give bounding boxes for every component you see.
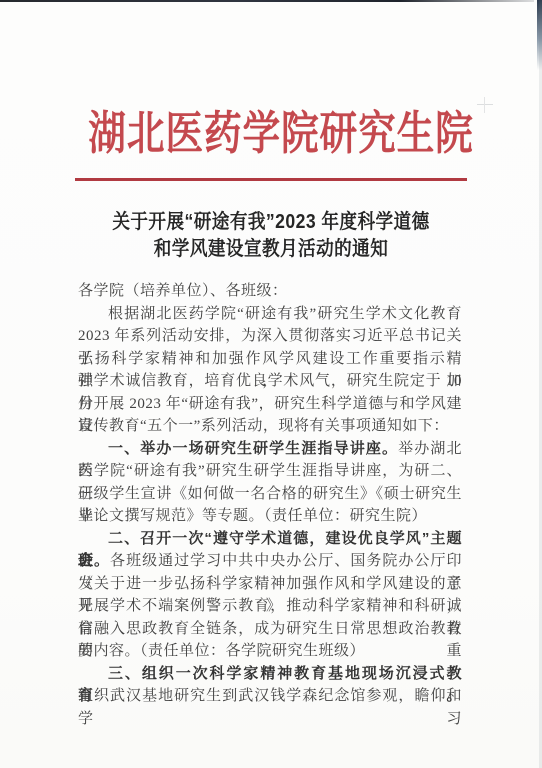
text-line: 三级学生宣讲《如何做一名合格的研究生》《硕士研究生毕 bbox=[78, 483, 462, 506]
text-line: 宣传教育“五个一”系列活动，现将有关事项通知如下： bbox=[78, 415, 462, 438]
text-segment: 各学院（培养单位）、各班级： bbox=[78, 283, 288, 299]
bold-text-segment: 一、举办一场研究生研学生涯指导讲座。 bbox=[108, 440, 398, 457]
text-line: 药学院“研途有我”研究生研学生涯指导讲座，为研二、研 bbox=[78, 460, 462, 483]
body-text: 各学院（培养单位）、各班级：根据湖北医药学院“研途有我”研究生学术文化教育202… bbox=[78, 280, 462, 708]
text-line: 一、举办一场研究生研学生涯指导讲座。举办湖北医 bbox=[78, 438, 462, 461]
text-line: 根据湖北医药学院“研途有我”研究生学术文化教育 bbox=[78, 303, 462, 326]
text-line: 会。各班级通过学习中共中央办公厅、国务院办公厅印发了 bbox=[78, 550, 462, 573]
letterhead-title: 湖北医药学院研究生院 bbox=[59, 102, 503, 166]
text-segment: 业论文撰写规范》等专题。（责任单位：研究生院） bbox=[78, 508, 427, 524]
text-segment: 宣传教育“五个一”系列活动，现将有关事项通知如下： bbox=[78, 418, 449, 434]
text-line: 《关于进一步弘扬科学家精神加强作风和学风建设的意见》， bbox=[78, 573, 462, 596]
letterhead-rule bbox=[75, 178, 467, 181]
text-line: 三、组织一次科学家精神教育基地现场沉浸式教育。 bbox=[78, 663, 462, 686]
notice-title: 关于开展“研途有我”2023 年度科学道德 和学风建设宣教月活动的通知 bbox=[33, 209, 510, 263]
scan-top-edge-artifact bbox=[0, 0, 534, 2]
text-line: 强学术诚信教育，培育优良学术风气，研究生院定于 10 月 bbox=[78, 370, 462, 393]
text-line: 育融入思政教育全链条，成为研究生日常思想政治教育的重 bbox=[78, 618, 462, 641]
bold-text-segment: 会。 bbox=[78, 552, 110, 569]
text-line: 弘扬科学家精神和加强作风学风建设工作重要指示精神，加 bbox=[78, 348, 462, 371]
text-segment: 要内容。（责任单位：各学院研究生班级） bbox=[78, 643, 365, 659]
text-segment: 根据湖北医药学院“研途有我”研究生学术文化教育 bbox=[108, 306, 462, 322]
notice-title-line1: 关于开展“研途有我”2023 年度科学道德 bbox=[33, 209, 510, 236]
text-line: 二、召开一次“遵守学术道德，建设优良学风”主题班 bbox=[78, 528, 462, 551]
text-line: 各学院（培养单位）、各班级： bbox=[78, 280, 462, 303]
notice-title-line2: 和学风建设宣教月活动的通知 bbox=[33, 236, 510, 263]
text-line: 组织武汉基地研究生到武汉钱学森纪念馆参观，瞻仰和学习 bbox=[78, 685, 462, 708]
text-line: 份开展 2023 年“研途有我”，研究生科学道德与和学风建设 bbox=[78, 393, 462, 416]
scanned-notice-page: 湖北医药学院研究生院 关于开展“研途有我”2023 年度科学道德 和学风建设宣教… bbox=[0, 0, 542, 768]
text-line: 开展学术不端案例警示教育，推动科学家精神和科研诚信教 bbox=[78, 595, 462, 618]
text-segment: 组织武汉基地研究生到武汉钱学森纪念馆参观，瞻仰和学习 bbox=[78, 688, 462, 727]
text-line: 2023 年系列活动安排，为深入贯彻落实习近平总书记关于 bbox=[78, 325, 462, 348]
text-line: 业论文撰写规范》等专题。（责任单位：研究生院） bbox=[78, 505, 462, 528]
